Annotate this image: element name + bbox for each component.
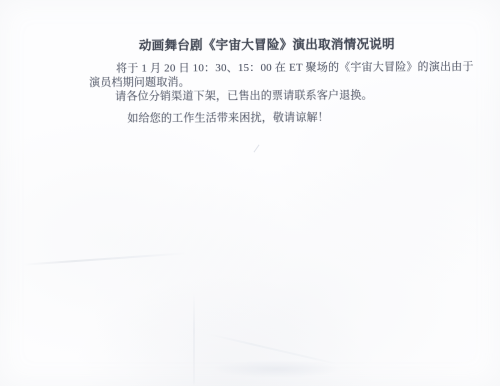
notice-title: 动画舞台剧《宇宙大冒险》演出取消情况说明 (17, 34, 500, 55)
notice-body-line-4: 如给您的工作生活带来困扰，敬请谅解！ (127, 109, 329, 126)
notice-content: 动画舞台剧《宇宙大冒险》演出取消情况说明 将于 1 月 20 日 10：30、1… (0, 0, 500, 386)
notice-body-line-3: 请各位分销渠道下架，已售出的票请联系客户退换。 (115, 86, 373, 103)
scanned-notice-page: 动画舞台剧《宇宙大冒险》演出取消情况说明 将于 1 月 20 日 10：30、1… (0, 0, 500, 386)
